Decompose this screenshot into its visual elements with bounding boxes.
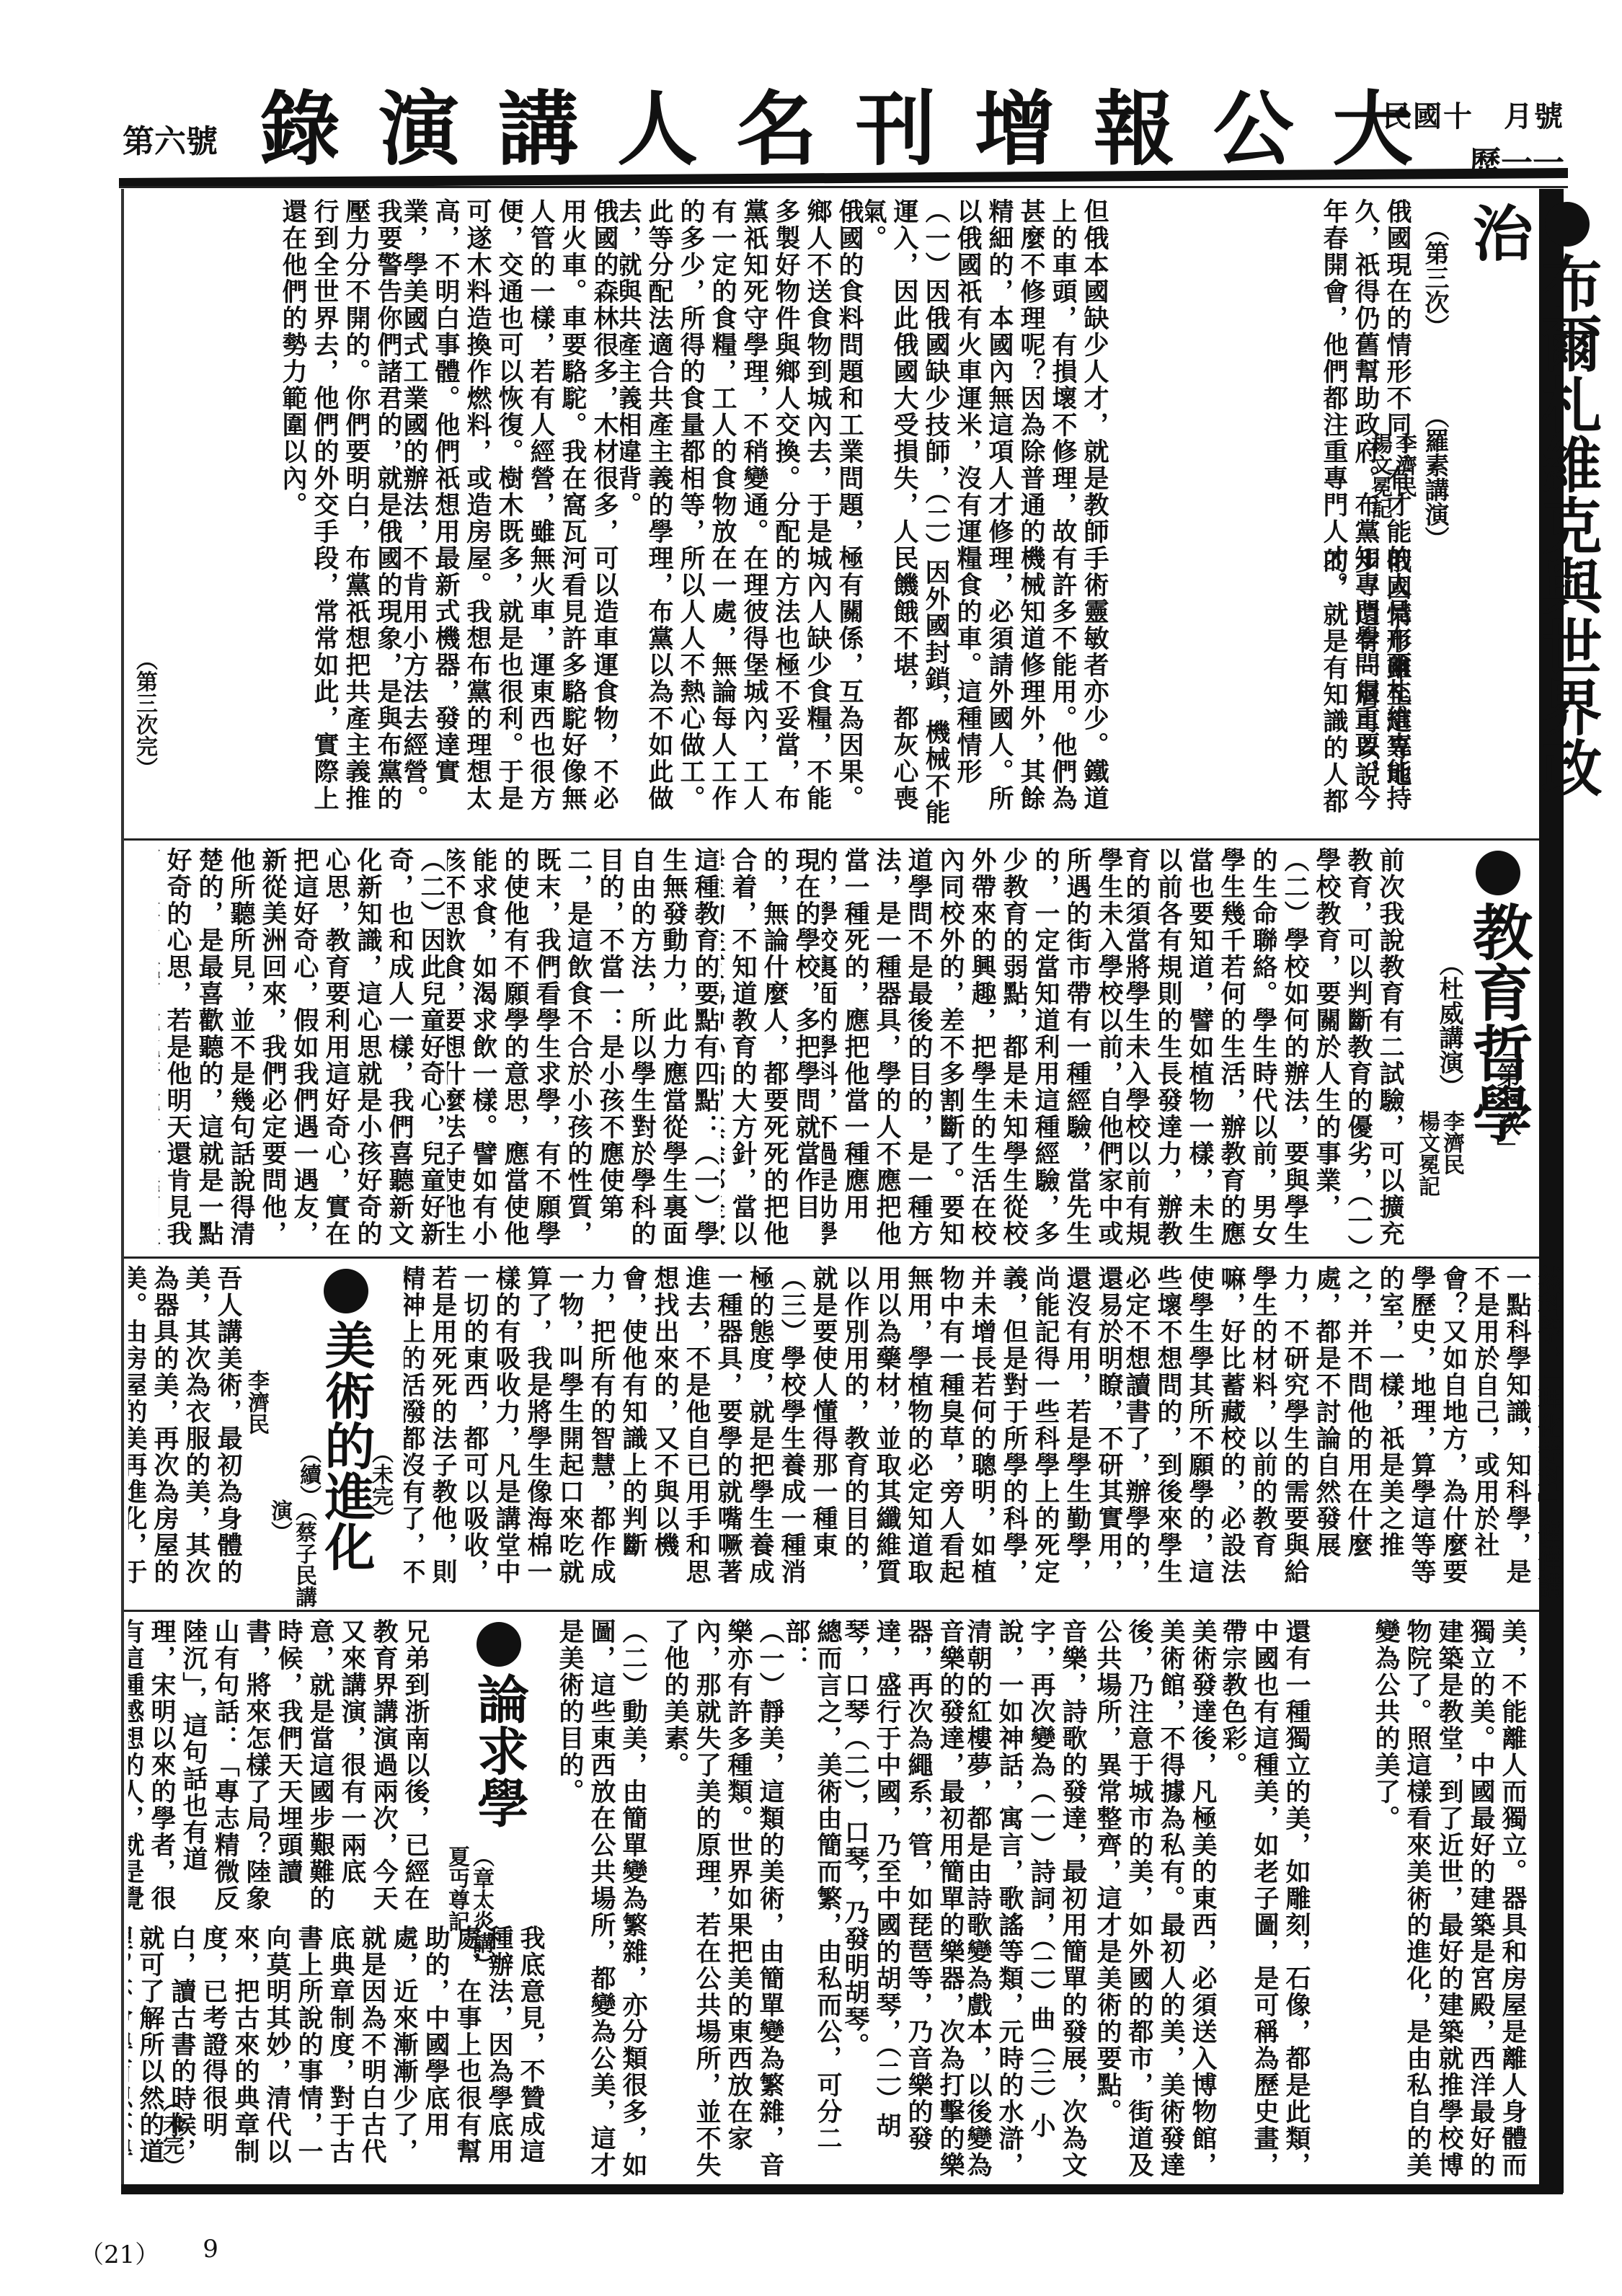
masthead-char: 公: [1213, 89, 1294, 170]
article-installment: （續）: [296, 1442, 320, 1507]
bullet-dot-icon: [1545, 202, 1590, 247]
article-paragraph: 俄國情形雖至這等地步，還有一層可以說的，就是有知識的人都是反對政府的人，他們寧可…: [1319, 548, 1413, 833]
article-paragraph: （一）靜美，這類的美術，由簡單變為繁雜，音樂亦有許多種類。世界如果把美的東西放在…: [649, 1618, 786, 2181]
article-paragraph: （三）學校學生養成一種消極的態度，就是把學生養成一種器具，要學的就嘴噘著進去，不…: [404, 1265, 807, 1604]
article-paragraph: 總而言之，美術由簡而繁，由私而公，可分二部：: [786, 1618, 843, 2181]
article-paragraph: 俄國的森林很多，木材很多，可以造車運食物，不必用火車。車要駱駝。我在窩瓦河看見許…: [404, 198, 620, 833]
article-paragraph: （二）動美，由簡單變為繁雜，亦分類很多，如圖，這些東西放在公共場所，都變為公美，…: [555, 1618, 649, 2181]
article-paragraph: 我底意見，不贊成這種辦法，因為學底用處，在事上也很有幫助的，中國學底用處，近來漸…: [128, 1925, 546, 2181]
masthead-char: 增: [975, 89, 1055, 170]
article-speaker: （蔡子民講演）: [267, 1499, 316, 1608]
article-paragraph: 吾人講美術，最初為身體的美，其次為衣服的美，其次為器具的美，再次為房屋的美。由房…: [128, 1265, 244, 1604]
masthead-char: 名: [736, 89, 817, 170]
article-title: 布爾札維克與世界政治: [1463, 202, 1602, 822]
bullet-dot-icon: [477, 1622, 521, 1667]
issue-number-label: 第六號: [123, 115, 218, 161]
article-paragraph: 我要警告你們諸君的，就是俄國的現象，是與布黨的壓力分不開的。你們要明白，布黨祇想…: [159, 198, 404, 833]
issue-date-top: 民國十 月號: [1383, 94, 1564, 135]
article-recorder: 李濟民: [1439, 1110, 1463, 1218]
issue-date: 民國十 月號 歷一一: [1471, 94, 1564, 173]
page-footer: （21） 9: [79, 2235, 218, 2270]
article-paragraph: 美術發達後，凡極美的東西，必須送入博物館，美術館，不得據為私有。最初人的美，美術…: [1089, 1618, 1218, 2181]
article-installment: 「第三次」: [1492, 1038, 1521, 1182]
article-recorder: 李濟民: [244, 1370, 268, 1514]
band-divider-3: [124, 1610, 1539, 1612]
article-paragraph: 這種教育的要點有四點：（一）學生無發動力，此力應當從學生裏面自由的方法，所以學生…: [447, 847, 721, 1254]
frame-border-bottom: [121, 2184, 1563, 2194]
article-title-text: 論求學: [469, 1672, 530, 1828]
article-paragraph: 美，不能離人而獨立。器具和房屋是離人身體而獨立的美。中國最好的建築是宮殿，西洋最…: [1312, 1618, 1528, 2181]
article-recorder: 楊文冕記: [1414, 1110, 1439, 1218]
article-title: 論求學: [469, 1622, 529, 1838]
masthead-title: 大 公 報 增 刊 名 人 講 演 錄: [260, 87, 1413, 173]
article-end-mark: （未完）: [368, 1442, 392, 1528]
article-end-mark: （第三次完）: [130, 649, 159, 822]
article-paragraph: 學生未入學校以前，自他們家中或所遇的街市帶有一種經驗，當先生的，一定當知道利用這…: [822, 847, 1125, 1254]
article-paragraph: 兄弟到浙南以後，已經在教育界講演過兩次，今天又來講演，很有一兩底意，就是當這國步…: [128, 1618, 431, 1921]
masthead-char: 錄: [260, 89, 340, 170]
masthead-rule-thin: [119, 186, 1568, 188]
article-paragraph: 還有一種獨立的美，如雕刻，石像，都是此類，中國也有這種美，如老子圖，是可稱為歷史…: [1218, 1618, 1312, 2181]
page-number: 9: [203, 2235, 218, 2270]
article-title-text: 布爾札維克與世界政治: [1463, 202, 1603, 797]
masthead-char: 報: [1094, 89, 1174, 170]
article-paragraph: 音樂的發達，最初用簡單的樂器，次為打擊的樂器，再次為繩系，管，如琵琶等，乃音樂的…: [843, 1618, 966, 2181]
article-paragraph: 前次我說教育有二試驗，可以擴充教育，可以判斷教育的優劣，（一）學校教育，要關於人…: [1125, 847, 1406, 1254]
masthead-char: 講: [498, 89, 579, 170]
article-paragraph: 還易於明瞭，不研其實用，還沒有用，若是學生勤學，尚能記得一些科學上的死定義，但是…: [807, 1265, 1125, 1604]
page-marker: （21）: [79, 2235, 159, 2270]
article-paragraph: 但俄本國缺少人才，就是教師手術靈敏者亦少。鐵道上的車頭，有損壞不修理，故有許多不…: [865, 198, 1110, 833]
masthead-char: 人: [617, 89, 698, 170]
article-paragraph: 現在的學校，多把學問就當作目的，無論什麼人，都要死死的把他合着，不知道教育的大方…: [721, 847, 822, 1254]
bullet-dot-icon: [1476, 851, 1520, 895]
masthead-char: 演: [378, 89, 459, 170]
article-paragraph: 然科學，「理化等科」僅僅講一點科學知識，知科學，是不是用於自己，或用於社會？又如…: [1125, 1265, 1564, 1604]
article-paragraph: 音樂，詩歌的發達，最初用簡單的發展，次為文字，再次變為（一）詩詞，（二）曲（三）…: [966, 1618, 1089, 2181]
article-installment: （第三次）: [1420, 216, 1449, 404]
masthead-char: 刊: [856, 89, 936, 170]
frame-border-left: [121, 189, 124, 2186]
article-speaker: （杜威講演）: [1435, 952, 1463, 1110]
article-speaker: （羅素講演）: [1420, 404, 1449, 591]
issue-number: 第六號: [123, 115, 218, 161]
article-end-mark: （未完）: [159, 2091, 183, 2170]
article-title: 美術的進化: [317, 1269, 375, 1572]
bullet-dot-icon: [324, 1269, 368, 1313]
article-paragraph: 俄國的食料問題和工業問題，極有關係，互為因果。鄉人不送食物到城內去，于是城內人缺…: [620, 198, 865, 833]
article-paragraph: （二）因此兒童好奇心，兒童好新奇，也和成人一樣，我們喜聽新文化新知識，這心思就是…: [159, 847, 447, 1254]
band-divider-2: [124, 1256, 1539, 1259]
band-divider-1: [124, 838, 1539, 841]
